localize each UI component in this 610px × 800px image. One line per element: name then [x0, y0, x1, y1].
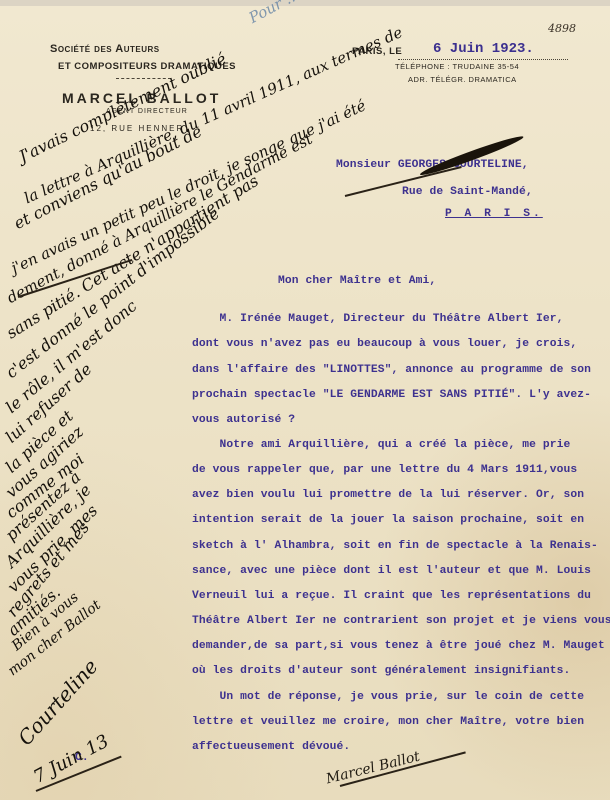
archive-number: 4898 — [548, 22, 576, 35]
body-line: intention serait de la jouer la saison p… — [192, 514, 584, 526]
body-line: demander,de sa part,si vous tenez à être… — [192, 640, 605, 652]
body-line: dans l'affaire des "LINOTTES", annonce a… — [192, 364, 591, 376]
body-line: avez bien voulu lui promettre de la lui … — [192, 489, 584, 501]
body-line: Notre ami Arquillière, qui a créé la piè… — [192, 439, 570, 451]
body-line: M. Irénée Mauget, Directeur du Théâtre A… — [192, 313, 563, 325]
body-line: lettre et veuillez me croire, mon cher M… — [192, 716, 584, 728]
body-line: prochain spectacle "LE GENDARME EST SANS… — [192, 389, 591, 401]
body-line: Verneuil lui a reçue. Il craint que les … — [192, 590, 591, 602]
letterhead-telegraph: ADR. TÉLÉGR. DRAMATICA — [408, 75, 517, 84]
letter-date: 6 Juin 1923. — [433, 41, 534, 57]
body-line: sketch à l' Alhambra, soit en fin de spe… — [192, 540, 598, 552]
body-line: Un mot de réponse, je vous prie, sur le … — [192, 691, 584, 703]
body-line: affectueusement dévoué. — [192, 741, 350, 753]
salutation: Mon cher Maître et Ami, — [278, 275, 436, 287]
body-line: de vous rappeler que, par une lettre du … — [192, 464, 577, 476]
recipient-city: P A R I S. — [445, 208, 543, 220]
body-line: Théâtre Albert Ier ne contrarient son pr… — [192, 615, 610, 627]
body-line: dont vous n'avez pas eu beaucoup à vous … — [192, 338, 577, 350]
body-line: où les droits d'auteur sont généralement… — [192, 665, 570, 677]
paper-top-edge — [0, 0, 610, 6]
letterhead-society: Société des Auteurs — [50, 43, 160, 55]
date-line — [398, 59, 568, 60]
recipient-street: Rue de Saint-Mandé, — [402, 186, 533, 198]
letterhead-telephone: TÉLÉPHONE : TRUDAINE 35-54 — [395, 62, 519, 71]
body-line: sance, avec une pièce dont il est l'aute… — [192, 565, 591, 577]
body-line: vous autorisé ? — [192, 414, 295, 426]
